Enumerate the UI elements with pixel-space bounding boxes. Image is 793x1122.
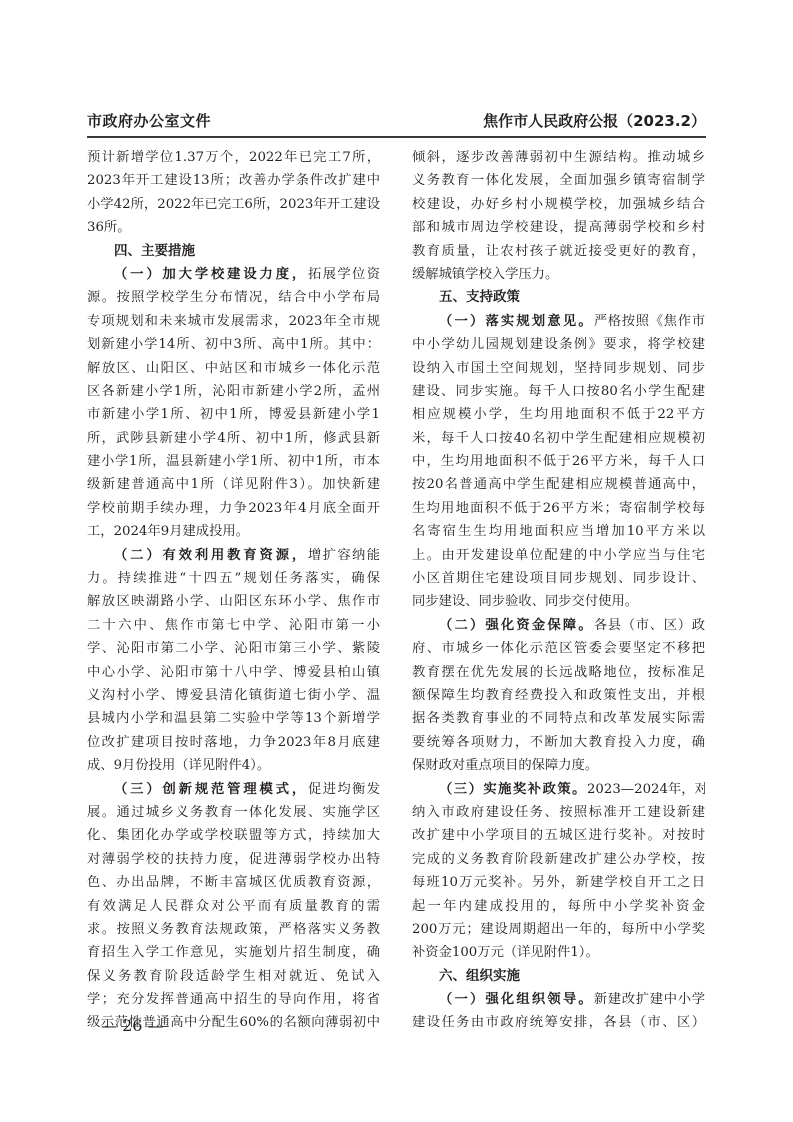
text-line: 化、集团化办学或学校联盟等方式，持续加大 bbox=[87, 824, 380, 847]
text-line: 专项规划和未来城市发展需求，2023年全市规 bbox=[87, 310, 380, 333]
text-line: 划新建小学14所、初中3所、高中1所。其中： bbox=[87, 333, 380, 356]
text-line: 求。按照义务教育法规政策，严格落实义务教 bbox=[87, 918, 380, 941]
text-line: 解放区、山阳区、中站区和市城乡一体化示范 bbox=[87, 357, 380, 380]
paragraph-start-line: （一）落实规划意见。严格按照《焦作市 bbox=[412, 310, 705, 333]
text-line: 完成的义务教育阶段新建改扩建公办学校，按 bbox=[412, 848, 705, 871]
left-text-column: 预计新增学位1.37万个，2022年已完工7所，2023年开工建设13所；改善办… bbox=[87, 146, 380, 1035]
paragraph-start-line: （三）创新规范管理模式，促进均衡发 bbox=[87, 778, 380, 801]
subsection-title: （三）创新规范管理模式， bbox=[114, 782, 308, 797]
text-line: 额保障生均教育经费投入和政策性支出，并根 bbox=[412, 684, 705, 707]
text-line: 有效满足人民群众对公平而有质量教育的需 bbox=[87, 895, 380, 918]
paragraph-end-line: 缓解城镇学校入学压力。 bbox=[412, 263, 705, 286]
text-line: 中心小学、沁阳市第十八中学、博爱县柏山镇 bbox=[87, 661, 380, 684]
text-line: 学；充分发挥普通高中招生的导向作用，将省 bbox=[87, 988, 380, 1011]
text-line: 据各类教育事业的不同特点和改革发展实际需 bbox=[412, 707, 705, 730]
text-line: 区各新建小学1所，沁阳市新建小学2所，孟州 bbox=[87, 380, 380, 403]
text-line: 部和城市周边学校建设，提高薄弱学校和乡村 bbox=[412, 216, 705, 239]
subsection-title: （二）强化资金保障。 bbox=[439, 618, 594, 633]
text-line: 市新建小学1所、初中1所，博爱县新建小学1 bbox=[87, 403, 380, 426]
text-line: 按20名普通高中学生配建相应规模普通高中， bbox=[412, 473, 705, 496]
paragraph-end-line: 保财政对重点项目的保障力度。 bbox=[412, 754, 705, 777]
text-line: 源。按照学校学生分布情况，结合中小学布局 bbox=[87, 286, 380, 309]
text-line: 中，生均用地面积不低于26平方米，每千人口 bbox=[412, 450, 705, 473]
text-line: 义务教育一体化发展，全面加强乡镇寄宿制学 bbox=[412, 169, 705, 192]
text-line: 起一年内建成投用的，每所中小学奖补资金 bbox=[412, 895, 705, 918]
subsection-title: （二）有效利用教育资源， bbox=[114, 548, 308, 563]
paragraph-start-line: （二）有效利用教育资源，增扩容纳能 bbox=[87, 544, 380, 567]
paragraph-end-line: 补资金100万元（详见附件1）。 bbox=[412, 941, 705, 964]
paragraph-start-line: （三）实施奖补政策。2023—2024年，对 bbox=[412, 778, 705, 801]
section-heading: 四、主要措施 bbox=[87, 240, 380, 263]
text-line: 中小学幼儿园规划建设条例》要求，将学校建 bbox=[412, 333, 705, 356]
subsection-title: （一）加大学校建设力度， bbox=[114, 267, 308, 282]
text-line: 2023年开工建设13所；改善办学条件改扩建中 bbox=[87, 169, 380, 192]
running-header: 市政府办公室文件 焦作市人民政府公报（2023.2） bbox=[87, 106, 706, 138]
text-line: 位改扩建项目按时落地，力争2023年8月底建 bbox=[87, 731, 380, 754]
right-text-column: 倾斜，逐步改善薄弱初中生源结构。推动城乡义务教育一体化发展，全面加强乡镇寄宿制学… bbox=[412, 146, 705, 1035]
paragraph-start-line: （一）强化组织领导。新建改扩建中小学 bbox=[412, 988, 705, 1011]
text-line: 建设、同步实施。每千人口按80名小学生配建 bbox=[412, 380, 705, 403]
text-line: 对薄弱学校的扶持力度，促进薄弱学校办出特 bbox=[87, 848, 380, 871]
text-line: 力。持续推进“十四五”规划任务落实，确保 bbox=[87, 567, 380, 590]
paragraph-end-line: 成、9月份投用（详见附件4）。 bbox=[87, 754, 380, 777]
text-line: 米，每千人口按40名初中学生配建相应规模初 bbox=[412, 427, 705, 450]
text-line: 学校前期手续办理，力争2023年4月底全面开 bbox=[87, 497, 380, 520]
text-line: 上。由开发建设单位配建的中小学应当与住宅 bbox=[412, 544, 705, 567]
text-line: 解放区映湖路小学、山阳区东环小学、焦作市 bbox=[87, 590, 380, 613]
section-heading: 五、支持政策 bbox=[412, 286, 705, 309]
paragraph-start-line: （二）强化资金保障。各县（市、区）政 bbox=[412, 614, 705, 637]
text-line: 改扩建中小学项目的五城区进行奖补。对按时 bbox=[412, 824, 705, 847]
text-line: 要统筹各项财力，不断加大教育投入力度，确 bbox=[412, 731, 705, 754]
page-number: — 26 — bbox=[101, 1016, 164, 1035]
text-line: 相应规模小学，生均用地面积不低于22平方 bbox=[412, 403, 705, 426]
text-line: 设纳入市国土空间规划，坚持同步规划、同步 bbox=[412, 357, 705, 380]
text-line: 每班10万元奖补。另外，新建学校自开工之日 bbox=[412, 871, 705, 894]
paragraph-end-line: 36所。 bbox=[87, 216, 380, 239]
text-line: 学、沁阳市第二小学、沁阳市第三小学、紫陵 bbox=[87, 637, 380, 660]
text-line: 色、办出品牌，不断丰富城区优质教育资源， bbox=[87, 871, 380, 894]
subsection-title: （一）落实规划意见。 bbox=[439, 314, 594, 329]
text-line: 育招生入学工作意见，实施划片招生制度，确 bbox=[87, 941, 380, 964]
text-line: 生均用地面积不低于26平方米；寄宿制学校每 bbox=[412, 497, 705, 520]
header-section-title: 市政府办公室文件 bbox=[87, 110, 211, 131]
text-line: 府、市城乡一体化示范区管委会要坚定不移把 bbox=[412, 637, 705, 660]
subsection-title: （一）强化组织领导。 bbox=[439, 992, 594, 1007]
text-line: 校建设，办好乡村小规模学校，加强城乡结合 bbox=[412, 193, 705, 216]
section-heading: 六、组织实施 bbox=[412, 965, 705, 988]
text-line: 教育摆在优先发展的长远战略地位，按标准足 bbox=[412, 661, 705, 684]
text-line: 教育质量，让农村孩子就近接受更好的教育， bbox=[412, 240, 705, 263]
text-line: 倾斜，逐步改善薄弱初中生源结构。推动城乡 bbox=[412, 146, 705, 169]
paragraph-end-line: 工，2024年9月建成投用。 bbox=[87, 520, 380, 543]
text-line: 小区首期住宅建设项目同步规划、同步设计、 bbox=[412, 567, 705, 590]
subsection-title: （三）实施奖补政策。 bbox=[439, 782, 587, 797]
text-line: 展。通过城乡义务教育一体化发展、实施学区 bbox=[87, 801, 380, 824]
paragraph-start-line: （一）加大学校建设力度，拓展学位资 bbox=[87, 263, 380, 286]
text-line: 保义务教育阶段适龄学生相对就近、免试入 bbox=[87, 965, 380, 988]
text-line: 纳入市政府建设任务、按照标准开工建设新建 bbox=[412, 801, 705, 824]
text-line: 所，武陟县新建小学4所、初中1所，修武县新 bbox=[87, 427, 380, 450]
text-line: 200万元；建设周期超出一年的，每所中小学奖 bbox=[412, 918, 705, 941]
text-line: 建设任务由市政府统筹安排，各县（市、区） bbox=[412, 1011, 705, 1034]
text-line: 预计新增学位1.37万个，2022年已完工7所， bbox=[87, 146, 380, 169]
text-line: 建小学1所，温县新建小学1所、初中1所，市本 bbox=[87, 450, 380, 473]
text-line: 小学42所，2022年已完工6所，2023年开工建设 bbox=[87, 193, 380, 216]
paragraph-end-line: 同步建设、同步验收、同步交付使用。 bbox=[412, 590, 705, 613]
header-publication-title: 焦作市人民政府公报（2023.2） bbox=[483, 110, 706, 131]
text-line: 二十六中、焦作市第七中学、沁阳市第一小 bbox=[87, 614, 380, 637]
text-line: 义沟村小学、博爱县清化镇街道七街小学、温 bbox=[87, 684, 380, 707]
text-line: 名寄宿生生均用地面积应当增加10平方米以 bbox=[412, 520, 705, 543]
text-line: 县城内小学和温县第二实验中学等13个新增学 bbox=[87, 707, 380, 730]
text-line: 级新建普通高中1所（详见附件3）。加快新建 bbox=[87, 473, 380, 496]
